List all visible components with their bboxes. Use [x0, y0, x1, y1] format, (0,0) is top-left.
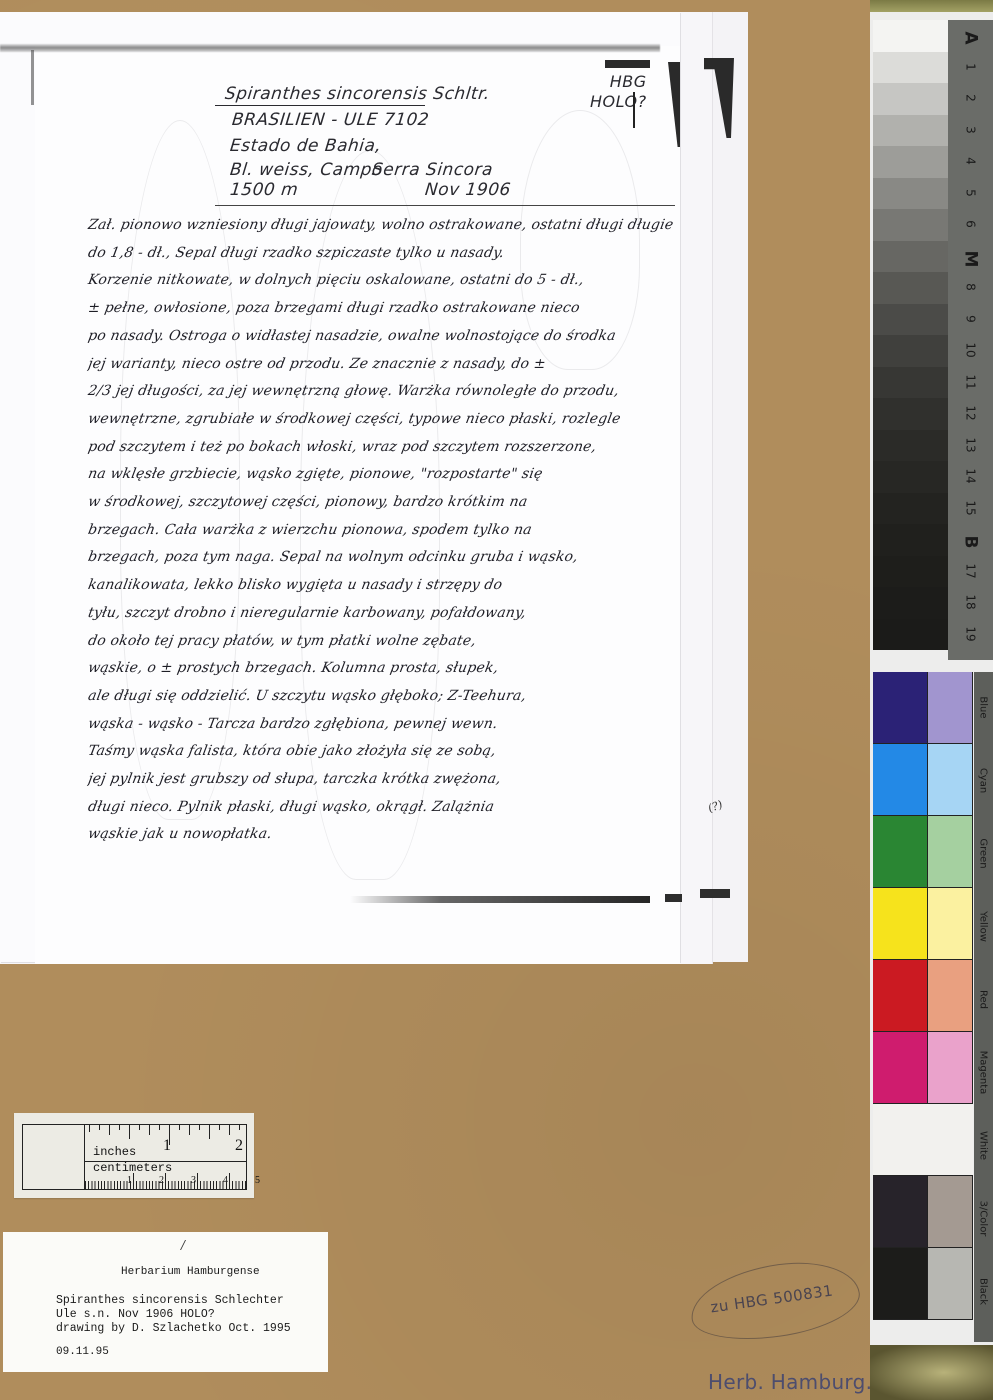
color-patch: [873, 1104, 973, 1175]
patch-label: Black: [978, 1261, 989, 1323]
grey-step: [873, 115, 948, 147]
grey-step: [873, 587, 948, 619]
grey-step: [873, 20, 948, 52]
collection-state: Estado de Bahia,: [229, 136, 382, 156]
collection-country: BRASILIEN - ULE 7102: [231, 110, 430, 130]
description-line: wąskie jak u nowopłatka.: [86, 821, 676, 849]
patch-label: Yellow: [978, 896, 989, 958]
color-patch-labels: BlueCyanGreenYellowRedMagentaWhite3/Colo…: [974, 672, 993, 1342]
species-title: Spiranthes sincorensis Schltr.: [224, 84, 491, 104]
description-line: brzegach. Cała warżka z wierzchu pionowa…: [86, 517, 676, 545]
photocopy-edge-top: [0, 44, 660, 52]
label-mark: /: [181, 1238, 185, 1252]
grey-step: [873, 178, 948, 210]
grey-step: [873, 52, 948, 84]
grey-scale-labels: A123456M89101112131415B171819: [948, 20, 993, 660]
grey-step: [873, 367, 948, 399]
grey-step: [873, 556, 948, 588]
patch-row-green: [873, 816, 973, 888]
description-line: do około tej pracy płatów, w tym płatki …: [86, 628, 676, 656]
cm-number: 5: [255, 1175, 260, 1186]
color-patch: [928, 672, 973, 743]
institution-name: Herbarium Hamburgense: [121, 1266, 260, 1278]
patch-row-magenta: [873, 1032, 973, 1104]
patch-label: Cyan: [978, 750, 989, 812]
patch-label: 3/Color: [978, 1188, 989, 1250]
photocopy-edge-mark: [700, 889, 730, 898]
grey-step: [873, 83, 948, 115]
description-line: tyłu, szczyt drobno i nieregularnie karb…: [86, 600, 676, 628]
patch-label: Blue: [978, 677, 989, 739]
type-status: HOLO?: [590, 92, 647, 112]
grey-scale: [873, 20, 948, 650]
description-line: ale długi się oddzielić. U szczytu wąsko…: [86, 683, 676, 711]
collection-habitat: Bl. weiss, Campo: [229, 160, 384, 180]
color-patch: [873, 744, 928, 815]
color-patches: [873, 672, 973, 1320]
description-line: 2/3 jej długości, za jej wewnętrzną głow…: [86, 378, 676, 406]
color-patch: [873, 1032, 928, 1103]
description-line: Taśmy wąska falista, która obie jako zło…: [86, 738, 676, 766]
color-patch: [928, 816, 973, 887]
grey-step: [873, 524, 948, 556]
color-patch: [928, 1176, 973, 1247]
drawing-credit: drawing by D. Szlachetko Oct. 1995: [56, 1322, 291, 1335]
description-line: w środkowej, szczytowej części, pionowy,…: [86, 489, 676, 517]
patch-label: Magenta: [978, 1042, 989, 1104]
collection-locality: Serra Sincora: [371, 160, 494, 180]
description-line: wąskie, o ± prostych brzegach. Kolumna p…: [86, 655, 676, 683]
grey-step: [873, 146, 948, 178]
collection-info: Ule s.n. Nov 1906 HOLO?: [56, 1308, 215, 1321]
description-line: pod szczytem i też po bokach włoski, wra…: [86, 434, 676, 462]
description-line: długi nieco. Pylnik płaski, długi wąsko,…: [86, 794, 676, 822]
inch-number: 1: [163, 1137, 171, 1155]
grey-step: [873, 430, 948, 462]
herbarium-stamp: Herb. Hamburg.: [708, 1370, 872, 1394]
herbarium-code: HBG HOLO?: [590, 72, 647, 112]
patch-row-blue: [873, 672, 973, 744]
patch-row-3color: [873, 1176, 973, 1248]
patch-row-red: [873, 960, 973, 1032]
description-line: jej warianty, nieco ostre od przodu. Ze …: [86, 351, 676, 379]
description-line: jej pylnik jest grubszy od słupa, tarczk…: [86, 766, 676, 794]
color-patch: [873, 672, 928, 743]
description-line: wąska - wąsko - Tarcza bardzo zgłębiona,…: [86, 711, 676, 739]
grey-step: [873, 619, 948, 651]
color-patch: [873, 1176, 928, 1247]
color-patch: [873, 816, 928, 887]
patch-label: White: [978, 1115, 989, 1177]
patch-label: Red: [978, 969, 989, 1031]
photocopy-edge-left: [31, 50, 34, 105]
patch-row-black: [873, 1248, 973, 1320]
description-line: ± pełne, owłosione, poza brzegami długi …: [86, 295, 676, 323]
ruler-blank-area: [23, 1125, 85, 1189]
photocopy-edge-mark: [665, 894, 682, 902]
taxon-name: Spiranthes sincorensis Schlechter: [56, 1294, 284, 1307]
description-line: po nasady. Ostroga o widłastej nasadzie,…: [86, 323, 676, 351]
description-line: Zał. pionowo wzniesiony długi jajowaty, …: [86, 212, 676, 240]
title-underline: [215, 105, 425, 106]
description-line: brzegach, poza tym naga. Sepal na wolnym…: [86, 544, 676, 572]
photocopy-edge-bottom: [350, 896, 650, 903]
color-patch: [928, 960, 973, 1031]
collection-date: Nov 1906: [424, 180, 512, 200]
patch-label: Green: [978, 823, 989, 885]
handwritten-description: Zał. pionowo wzniesiony długi jajowaty, …: [88, 212, 673, 849]
color-patch: [928, 888, 973, 959]
photocopy-edge-mark: [605, 60, 650, 68]
patch-row-yellow: [873, 888, 973, 960]
grey-step-label: 19: [964, 611, 978, 656]
grey-step: [873, 272, 948, 304]
ruler-frame: inches 1 2 centimeters 1 2 3 4 5: [22, 1124, 247, 1190]
code-bar: [633, 92, 635, 128]
grey-step: [873, 493, 948, 525]
grey-step: [873, 461, 948, 493]
header-divider: [215, 205, 675, 206]
inches-label: inches: [93, 1145, 136, 1159]
scale-ruler: inches 1 2 centimeters 1 2 3 4 5: [14, 1113, 254, 1198]
patch-row-cyan: [873, 744, 973, 816]
description-line: do 1,8 - dł., Sepal długi rzadko szpicza…: [86, 240, 676, 268]
card-shadow-bottom: [870, 1345, 993, 1400]
grey-step: [873, 241, 948, 273]
color-patch: [873, 1248, 928, 1319]
color-patch: [928, 1032, 973, 1103]
description-line: wewnętrzne, zgrubiałe w środkowej części…: [86, 406, 676, 434]
grey-step: [873, 209, 948, 241]
color-patch: [873, 888, 928, 959]
color-patch: [928, 1248, 973, 1319]
inch-number: 2: [235, 1137, 243, 1155]
collection-altitude: 1500 m: [229, 180, 299, 200]
description-line: na wklęsłe grzbiecie, wąsko zgięte, pion…: [86, 461, 676, 489]
description-line: kanalikowata, lekko blisko wygięta u nas…: [86, 572, 676, 600]
description-line: Korzenie nitkowate, w dolnych pięciu osk…: [86, 267, 676, 295]
grey-step: [873, 398, 948, 430]
herbarium-label: / Herbarium Hamburgense Spiranthes sinco…: [3, 1232, 328, 1372]
herbarium-code-text: HBG: [590, 72, 647, 92]
patch-row-white: [873, 1104, 973, 1176]
color-patch: [873, 960, 928, 1031]
grey-step: [873, 335, 948, 367]
grey-step: [873, 304, 948, 336]
color-patch: [928, 744, 973, 815]
label-date: 09.11.95: [56, 1346, 109, 1358]
